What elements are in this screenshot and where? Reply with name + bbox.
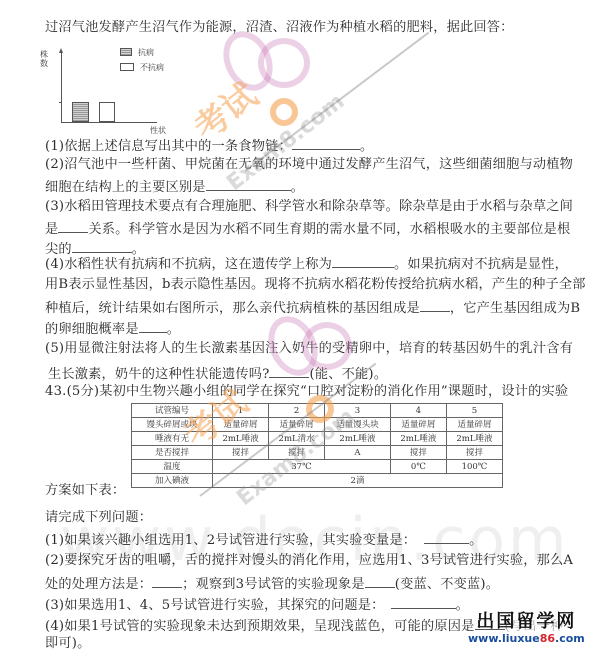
q42-part5-line1: (5)用显微注射法将人的生长激素基因注入奶牛的受精卵中，培育的转基因奶牛的乳汁含… [45, 341, 573, 357]
q42-part2-line1: (2)沼气池中一些杆菌、甲烷菌在无氧的环境中通过发酵产生沼气，这些细菌细胞与动植… [45, 157, 573, 173]
table-cell: 4 [390, 404, 446, 418]
table-cell: 适量碎屑 [390, 418, 446, 432]
answer-blank[interactable] [424, 531, 469, 544]
row-header: 试管编号 [132, 404, 213, 418]
table-cell: 2滴 [213, 474, 503, 488]
table-caption: 方案如下表： [45, 483, 125, 499]
chart-x-axis [61, 122, 157, 123]
table-cell: 搅拌 [213, 446, 269, 460]
legend-label: 抗病 [138, 47, 154, 58]
q42-part4-line1: (4)水稻性状有抗病和不抗病，这在遗传学上称为。如果抗病对不抗病是显性， [45, 255, 568, 273]
table-row: 唾液有无 2mL唾液 2mL清水 2mL唾液 2mL唾液 2mL唾液 [132, 432, 503, 446]
table-row: 试管编号 1 2 3 4 5 [132, 404, 503, 418]
table-cell: 2 [269, 404, 325, 418]
logo-name: 出国留学网 [468, 612, 585, 632]
answer-blank[interactable] [152, 575, 182, 588]
table-cell: 2mL唾液 [446, 432, 502, 446]
table-cell: 37℃ [213, 460, 391, 474]
exam-page: www.docin.com 过沼气池发酵产生沼气作为能源，沼渣、沼液作为种植水稻… [0, 0, 610, 650]
q42-part4-line2: 用B表示显性基因，b表示隐性基因。现将不抗病水稻花粉传授给抗病水稻，产生的种子全… [45, 277, 586, 293]
answer-blank[interactable] [58, 220, 88, 233]
chart-x-label: 性状 [150, 125, 166, 136]
legend-item-resistant: 抗病 [120, 46, 164, 58]
answer-blank[interactable] [139, 320, 167, 333]
q43-part2-line1: (2)要探究牙齿的咀嚼，舌的搅拌对馒头的消化作用，应选用1、3号试管进行实验，那… [45, 553, 573, 569]
q42-intro: 过沼气池发酵产生沼气作为能源，沼渣、沼液作为种植水稻的肥料，据此回答： [45, 20, 514, 36]
answer-blank[interactable] [420, 299, 450, 312]
table-row: 加入碘液 2滴 [132, 474, 503, 488]
table-cell: 搅拌 [446, 446, 502, 460]
watermark-ba-icon [258, 38, 310, 88]
answer-blank[interactable] [206, 178, 291, 191]
q42-part2-line2: 细胞在结构上的主要区别是。 [45, 178, 304, 196]
table-cell: 0℃ [390, 460, 446, 474]
q42-part4-line3: 种植后，统计结果如右图所示，那么亲代抗病植株的基因组成是，它产生基因组成为B [45, 299, 580, 317]
q43-intro: 43.(5分)某初中生物兴趣小组的同学在探究“口腔对淀粉的消化作用”课题时，设计… [45, 384, 568, 400]
table-cell: 2mL唾液 [390, 432, 446, 446]
q43-part1: (1)如果该兴趣小组选用1、2号试管进行实验，其实验变量是：。 [45, 531, 483, 549]
table-row: 是否搅拌 搅拌 搅拌 A 搅拌 搅拌 [132, 446, 503, 460]
table-row: 温度 37℃ 0℃ 100℃ [132, 460, 503, 474]
table-cell: 搅拌 [269, 446, 325, 460]
logo-url: www.liuxue86.com [468, 632, 585, 645]
q42-part3-line2: 是关系。科学管水是因为水稻不同生育期的需水量不同，水稻根吸水的主要部位是根 [45, 220, 570, 238]
table-cell: 2mL唾液 [325, 432, 391, 446]
chart-y-tick [59, 102, 62, 103]
chart-y-axis [61, 52, 62, 122]
chart-legend: 抗病 不抗病 [120, 46, 164, 76]
table-cell: 适量馒头块 [325, 418, 391, 432]
answer-blank[interactable] [332, 255, 394, 268]
table-cell: 搅拌 [390, 446, 446, 460]
q42-part3-line1: (3)水稻田管理技术要点有合理施肥、科学管水和除杂草等。除杂草是由于水稻与杂草之… [45, 199, 573, 215]
table-cell: 适量碎屑 [446, 418, 502, 432]
table-row: 馒头碎屑或块 适量碎屑 适量碎屑 适量馒头块 适量碎屑 适量碎屑 [132, 418, 503, 432]
liuxue86-logo: 出国留学网 www.liuxue86.com [468, 612, 585, 645]
chart-y-label: 株数 [40, 50, 50, 68]
hatched-swatch-icon [120, 48, 132, 56]
legend-item-non-resistant: 不抗病 [120, 61, 164, 73]
row-header: 加入碘液 [132, 474, 213, 488]
table-cell: 5 [446, 404, 502, 418]
q42-part5-line2: 生长激素，奶牛的这种性状能遗传吗?(能、不能)。 [48, 365, 387, 383]
bar-non-resistant [99, 102, 115, 122]
bar-resistant [72, 102, 89, 122]
answer-blank[interactable] [365, 575, 395, 588]
table-cell: 2mL唾液 [213, 432, 269, 446]
q43-part3: (3)如果选用1、4、5号试管进行实验，其探究的问题是：。 [45, 596, 469, 614]
trait-bar-chart: 株数 性状 抗病 不抗病 [40, 42, 190, 134]
table-cell: 100℃ [446, 460, 502, 474]
q42-part4-line4: 的卵细胞概率是。 [45, 320, 180, 338]
q43-part2-line2: 处的处理方法是：；观察到3号试管的实验现象是(变蓝、不变蓝)。 [45, 575, 499, 593]
row-header: 温度 [132, 460, 213, 474]
table-cell: 适量碎屑 [213, 418, 269, 432]
row-header: 唾液有无 [132, 432, 213, 446]
table-cell: 适量碎屑 [269, 418, 325, 432]
q42-part1: (1)依据上述信息写出其中的一条食物链：。 [45, 137, 373, 155]
answer-blank[interactable] [292, 137, 360, 150]
row-header: 馒头碎屑或块 [132, 418, 213, 432]
q43-prompt: 请完成下列问题： [45, 510, 152, 526]
watermark-dot-icon [270, 98, 298, 126]
empty-swatch-icon [120, 63, 134, 71]
q43-part4-line2: 即可)。 [45, 636, 91, 650]
table-cell: A [325, 446, 391, 460]
answer-blank[interactable] [72, 240, 132, 253]
experiment-table: 试管编号 1 2 3 4 5 馒头碎屑或块 适量碎屑 适量碎屑 适量馒头块 适量… [131, 403, 503, 488]
answer-blank[interactable] [391, 596, 456, 609]
row-header: 是否搅拌 [132, 446, 213, 460]
table-cell: 2mL清水 [269, 432, 325, 446]
legend-label: 不抗病 [140, 62, 164, 73]
table-cell: 3 [325, 404, 391, 418]
answer-blank[interactable] [269, 365, 309, 378]
table-cell: 1 [213, 404, 269, 418]
